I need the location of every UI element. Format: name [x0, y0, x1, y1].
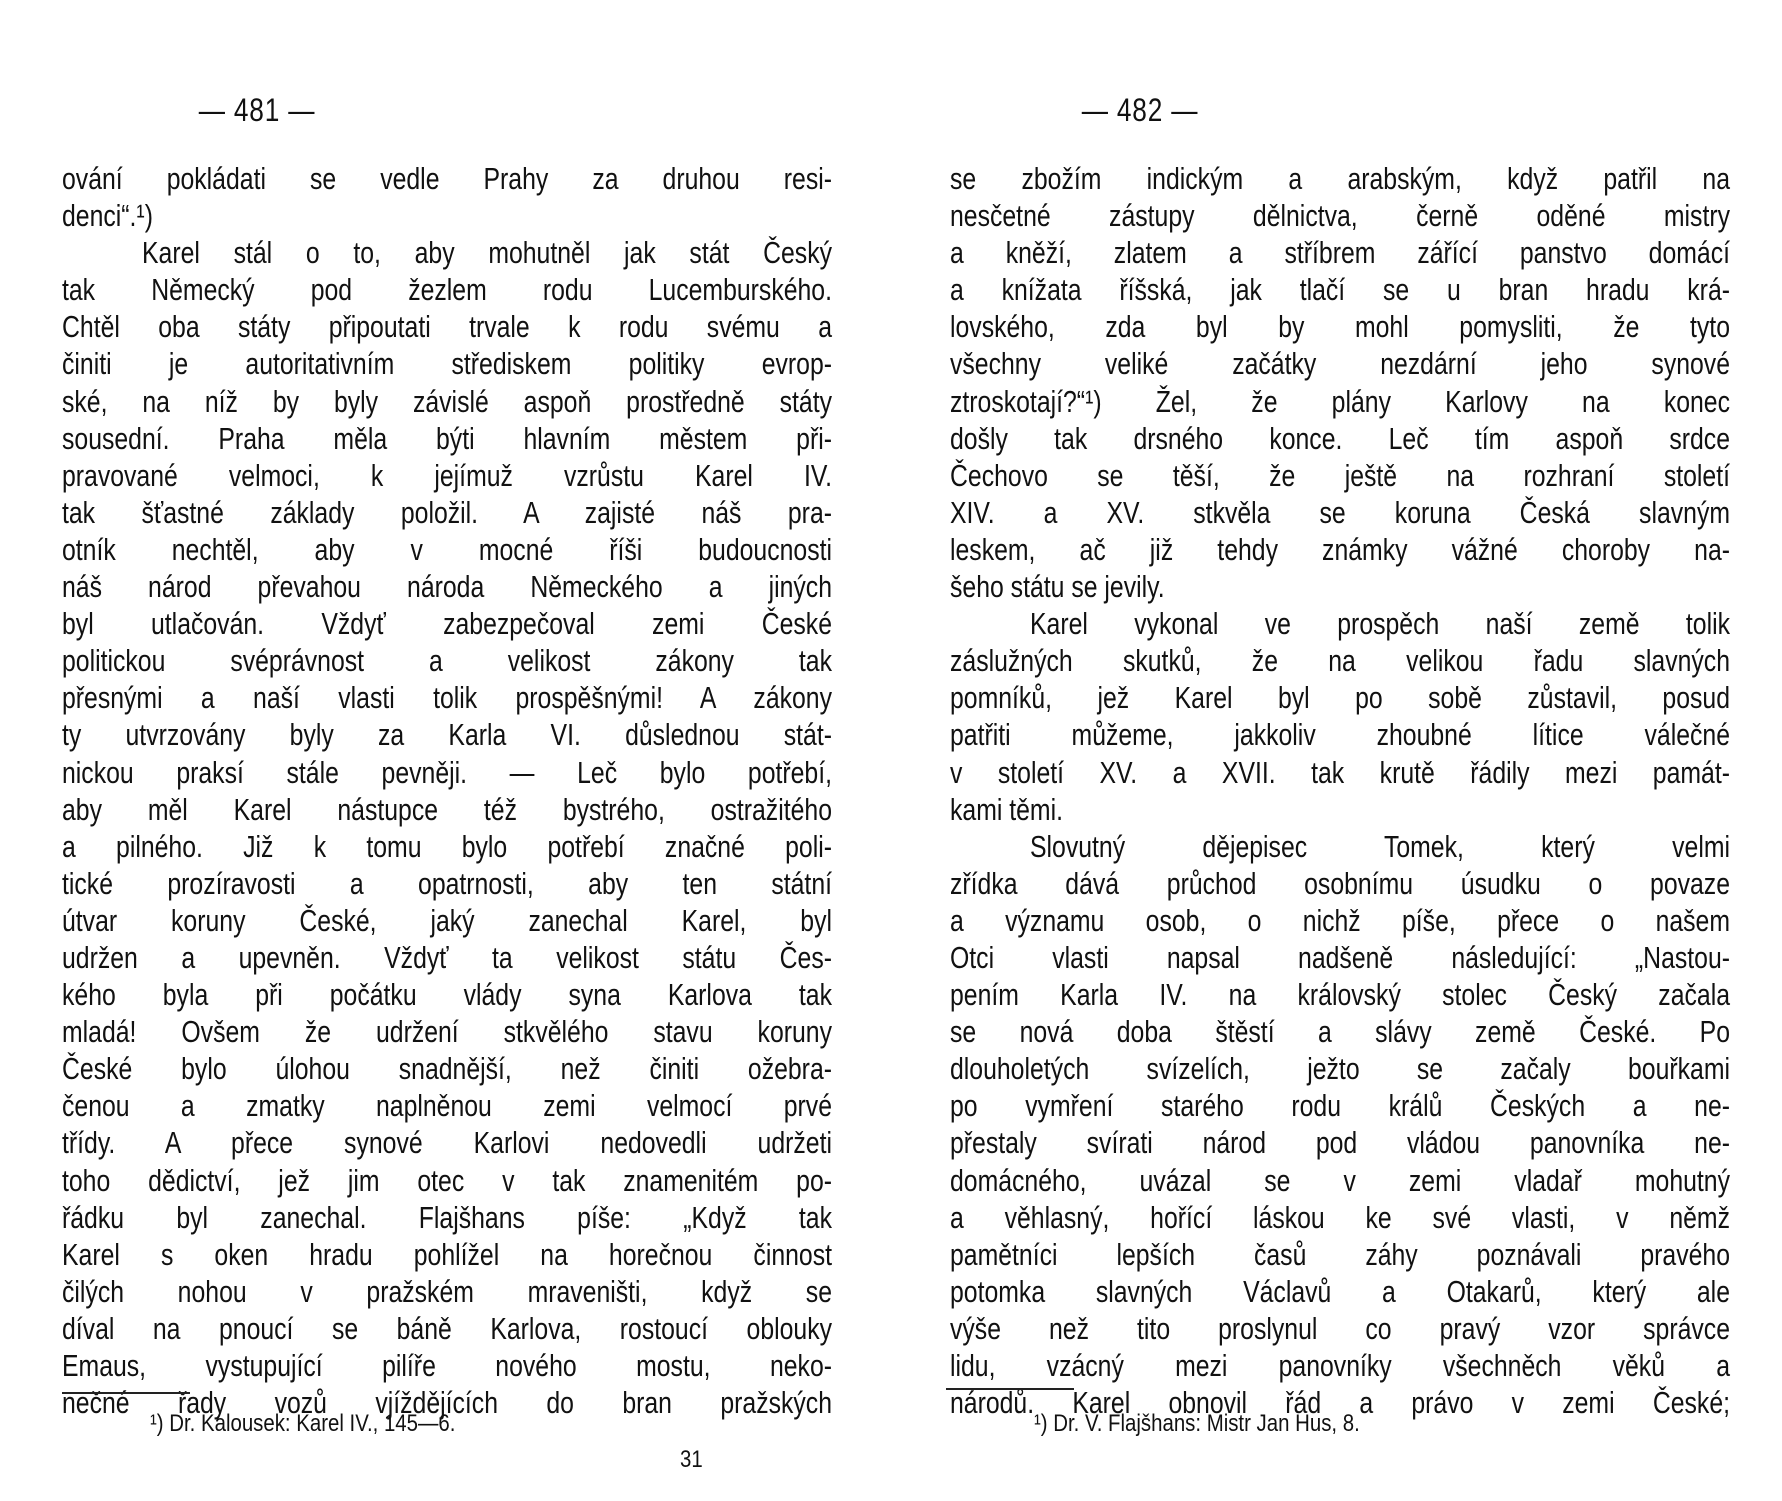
text-line-content: ztroskotají?“¹) Žel, že plány Karlovy na…: [950, 383, 1730, 420]
text-line: denci“.¹): [62, 197, 832, 234]
text-line: a kněží, zlatem a stříbrem zářící panstv…: [950, 234, 1730, 271]
text-line-content: čenou a zmatky naplněnou zemi velmocí pr…: [62, 1087, 832, 1124]
text-line-content: šeho státu se jevily.: [950, 568, 1730, 605]
body-text: se zbožím indickým a arabským, když patř…: [950, 160, 1730, 1421]
text-line-content: udržen a upevněn. Vždyť ta velikost stát…: [62, 939, 832, 976]
text-line: třídy. A přece synové Karlovi nedovedli …: [62, 1124, 832, 1161]
text-line: pamětníci lepších časů záhy poznávali pr…: [950, 1236, 1730, 1273]
text-line: leskem, ač již tehdy známky vážné chorob…: [950, 531, 1730, 568]
footnote-rule: [946, 1388, 1074, 1390]
page-number: — 481 —: [0, 92, 573, 129]
text-line: díval na pnoucí se báně Karlova, rostouc…: [62, 1310, 832, 1347]
text-line: kami těmi.: [950, 791, 1730, 828]
text-line-content: třídy. A přece synové Karlovi nedovedli …: [62, 1124, 832, 1161]
text-line-content: a věhlasný, hořící láskou ke své vlasti,…: [950, 1199, 1730, 1236]
left-page: — 481 — ování pokládati se vedle Prahy z…: [62, 0, 832, 1501]
footnote: ¹) Dr. V. Flajšhans: Mistr Jan Hus, 8.: [1034, 1410, 1360, 1438]
text-line-content: Slovutný dějepisec Tomek, který velmi: [950, 828, 1730, 865]
text-line-content: Emaus, vystupující pilíře nového mostu, …: [62, 1347, 832, 1384]
text-line: domácného, uvázal se v zemi vladař mohut…: [950, 1162, 1730, 1199]
text-line-content: domácného, uvázal se v zemi vladař mohut…: [950, 1162, 1730, 1199]
footnote-rule: [62, 1392, 190, 1394]
text-line: nesčetné zástupy dělnictva, černě oděné …: [950, 197, 1730, 234]
text-line: zřídka dává průchod osobnímu úsudku o po…: [950, 865, 1730, 902]
right-page: — 482 — se zbožím indickým a arabským, k…: [950, 0, 1730, 1501]
text-line-content: ování pokládati se vedle Prahy za druhou…: [62, 160, 832, 197]
text-line: útvar koruny České, jaký zanechal Karel,…: [62, 902, 832, 939]
text-line-content: potomka slavných Václavů a Otakarů, kter…: [950, 1273, 1730, 1310]
text-line: Slovutný dějepisec Tomek, který velmi: [950, 828, 1730, 865]
text-line-content: pomníků, jež Karel byl po sobě zůstavil,…: [950, 679, 1730, 716]
text-line-content: tak Německý pod žezlem rodu Lucemburskéh…: [62, 271, 832, 308]
text-line-content: byl utlačován. Vždyť zabezpečoval zemi Č…: [62, 605, 832, 642]
text-line: náš národ převahou národa Německého a ji…: [62, 568, 832, 605]
text-line: záslužných skutků, že na velikou řadu sl…: [950, 642, 1730, 679]
text-line: otník nechtěl, aby v mocné říši budoucno…: [62, 531, 832, 568]
text-line-content: Otci vlasti napsal nadšeně následující: …: [950, 939, 1730, 976]
text-line-content: se zbožím indickým a arabským, když patř…: [950, 160, 1730, 197]
text-line-content: mladá! Ovšem že udržení stkvělého stavu …: [62, 1013, 832, 1050]
text-line-content: Karel s oken hradu pohlížel na horečnou …: [62, 1236, 832, 1273]
text-line: České bylo úlohou snadnější, než činiti …: [62, 1050, 832, 1087]
text-line-content: aby měl Karel nástupce též bystrého, ost…: [62, 791, 832, 828]
text-line-content: kami těmi.: [950, 791, 1730, 828]
text-line-content: ty utvrzovány byly za Karla VI. důsledno…: [62, 716, 832, 753]
text-line: došly tak drsného konce. Leč tím aspoň s…: [950, 420, 1730, 457]
text-line-content: Karel vykonal ve prospěch naší země toli…: [950, 605, 1730, 642]
text-line: čilých nohou v pražském mraveništi, když…: [62, 1273, 832, 1310]
text-line-content: činiti je autoritativním střediskem poli…: [62, 345, 832, 382]
text-line-content: všechny veliké začátky nezdární jeho syn…: [950, 345, 1730, 382]
text-line-content: kého byla při počátku vlády syna Karlova…: [62, 976, 832, 1013]
text-line-content: XIV. a XV. stkvěla se koruna Česká slavn…: [950, 494, 1730, 531]
text-line-content: lovského, zda byl by mohl pomysliti, že …: [950, 308, 1730, 345]
text-line: pravované velmoci, k jejímuž vzrůstu Kar…: [62, 457, 832, 494]
text-line-content: v století XV. a XVII. tak krutě řádily m…: [950, 754, 1730, 791]
text-line: v století XV. a XVII. tak krutě řádily m…: [950, 754, 1730, 791]
text-line: Karel stál o to, aby mohutněl jak stát Č…: [62, 234, 832, 271]
text-line: šeho státu se jevily.: [950, 568, 1730, 605]
text-line-content: politickou svéprávnost a velikost zákony…: [62, 642, 832, 679]
text-line-content: pením Karla IV. na královský stolec Česk…: [950, 976, 1730, 1013]
text-line-content: se nová doba štěstí a slávy země České. …: [950, 1013, 1730, 1050]
text-line-content: a kněží, zlatem a stříbrem zářící panstv…: [950, 234, 1730, 271]
text-line-content: tické prozíravosti a opatrnosti, aby ten…: [62, 865, 832, 902]
text-line-content: sousední. Praha měla býti hlavním městem…: [62, 420, 832, 457]
text-line: řádku byl zanechal. Flajšhans píše: „Kdy…: [62, 1199, 832, 1236]
text-line-content: náš národ převahou národa Německého a ji…: [62, 568, 832, 605]
text-line-content: leskem, ač již tehdy známky vážné chorob…: [950, 531, 1730, 568]
text-line: Emaus, vystupující pilíře nového mostu, …: [62, 1347, 832, 1384]
text-line: aby měl Karel nástupce též bystrého, ost…: [62, 791, 832, 828]
text-line: udržen a upevněn. Vždyť ta velikost stát…: [62, 939, 832, 976]
text-line-content: výše než tito proslynul co pravý vzor sp…: [950, 1310, 1730, 1347]
text-line: dlouholetých svízelích, ježto se začaly …: [950, 1050, 1730, 1087]
text-line-content: dlouholetých svízelích, ježto se začaly …: [950, 1050, 1730, 1087]
text-line: se nová doba štěstí a slávy země České. …: [950, 1013, 1730, 1050]
text-line: přesnými a naší vlasti tolik prospěšnými…: [62, 679, 832, 716]
text-line: lidu, vzácný mezi panovníky všechněch vě…: [950, 1347, 1730, 1384]
text-line: kého byla při počátku vlády syna Karlova…: [62, 976, 832, 1013]
text-line: Karel vykonal ve prospěch naší země toli…: [950, 605, 1730, 642]
text-line: ty utvrzovány byly za Karla VI. důsledno…: [62, 716, 832, 753]
text-line-content: pamětníci lepších časů záhy poznávali pr…: [950, 1236, 1730, 1273]
page-number: — 482 —: [820, 92, 1460, 129]
text-line: Karel s oken hradu pohlížel na horečnou …: [62, 1236, 832, 1273]
footnote: ¹) Dr. Kalousek: Karel IV., 145—6.: [150, 1410, 455, 1438]
text-line-content: řádku byl zanechal. Flajšhans píše: „Kdy…: [62, 1199, 832, 1236]
text-line: mladá! Ovšem že udržení stkvělého stavu …: [62, 1013, 832, 1050]
text-line: a věhlasný, hořící láskou ke své vlasti,…: [950, 1199, 1730, 1236]
text-line: ování pokládati se vedle Prahy za druhou…: [62, 160, 832, 197]
text-line-content: Čechovo se těší, že ještě na rozhraní st…: [950, 457, 1730, 494]
text-line: Otci vlasti napsal nadšeně následující: …: [950, 939, 1730, 976]
text-line: nickou praksí stále pevněji. — Leč bylo …: [62, 754, 832, 791]
text-line-content: otník nechtěl, aby v mocné říši budoucno…: [62, 531, 832, 568]
text-line: a knížata říšská, jak tlačí se u bran hr…: [950, 271, 1730, 308]
text-line-content: došly tak drsného konce. Leč tím aspoň s…: [950, 420, 1730, 457]
text-line: čenou a zmatky naplněnou zemi velmocí pr…: [62, 1087, 832, 1124]
text-line-content: patřiti můžeme, jakkoliv zhoubné lítice …: [950, 716, 1730, 753]
text-line-content: útvar koruny České, jaký zanechal Karel,…: [62, 902, 832, 939]
signature-mark: 31: [680, 1446, 703, 1474]
text-line: přestaly svírati národ pod vládou panovn…: [950, 1124, 1730, 1161]
text-line: ské, na níž by byly závislé aspoň prostř…: [62, 383, 832, 420]
text-line: tické prozíravosti a opatrnosti, aby ten…: [62, 865, 832, 902]
text-line: patřiti můžeme, jakkoliv zhoubné lítice …: [950, 716, 1730, 753]
text-line-content: lidu, vzácný mezi panovníky všechněch vě…: [950, 1347, 1730, 1384]
text-line-content: zřídka dává průchod osobnímu úsudku o po…: [950, 865, 1730, 902]
text-line: a významu osob, o nichž píše, přece o na…: [950, 902, 1730, 939]
text-line: byl utlačován. Vždyť zabezpečoval zemi Č…: [62, 605, 832, 642]
text-line: XIV. a XV. stkvěla se koruna Česká slavn…: [950, 494, 1730, 531]
text-line: činiti je autoritativním střediskem poli…: [62, 345, 832, 382]
text-line: se zbožím indickým a arabským, když patř…: [950, 160, 1730, 197]
text-line-content: pravované velmoci, k jejímuž vzrůstu Kar…: [62, 457, 832, 494]
text-line-content: denci“.¹): [62, 197, 832, 234]
text-line-content: Chtěl oba státy připoutati trvale k rodu…: [62, 308, 832, 345]
text-line: pením Karla IV. na královský stolec Česk…: [950, 976, 1730, 1013]
text-line: tak šťastné základy položil. A zajisté n…: [62, 494, 832, 531]
text-line-content: Karel stál o to, aby mohutněl jak stát Č…: [62, 234, 832, 271]
text-line-content: toho dědictví, jež jim otec v tak znamen…: [62, 1162, 832, 1199]
text-line: tak Německý pod žezlem rodu Lucemburskéh…: [62, 271, 832, 308]
text-line-content: záslužných skutků, že na velikou řadu sl…: [950, 642, 1730, 679]
text-line-content: přesnými a naší vlasti tolik prospěšnými…: [62, 679, 832, 716]
text-line-content: České bylo úlohou snadnější, než činiti …: [62, 1050, 832, 1087]
text-line-content: nickou praksí stále pevněji. — Leč bylo …: [62, 754, 832, 791]
text-line-content: po vymření starého rodu králů Českých a …: [950, 1087, 1730, 1124]
text-line: politickou svéprávnost a velikost zákony…: [62, 642, 832, 679]
text-line: Čechovo se těší, že ještě na rozhraní st…: [950, 457, 1730, 494]
text-line: výše než tito proslynul co pravý vzor sp…: [950, 1310, 1730, 1347]
text-line-content: nesčetné zástupy dělnictva, černě oděné …: [950, 197, 1730, 234]
text-line-content: a pilného. Již k tomu bylo potřebí značn…: [62, 828, 832, 865]
text-line-content: ské, na níž by byly závislé aspoň prostř…: [62, 383, 832, 420]
text-line: toho dědictví, jež jim otec v tak znamen…: [62, 1162, 832, 1199]
text-line: a pilného. Již k tomu bylo potřebí značn…: [62, 828, 832, 865]
text-line: sousední. Praha měla býti hlavním městem…: [62, 420, 832, 457]
text-line: pomníků, jež Karel byl po sobě zůstavil,…: [950, 679, 1730, 716]
text-line-content: díval na pnoucí se báně Karlova, rostouc…: [62, 1310, 832, 1347]
text-line: Chtěl oba státy připoutati trvale k rodu…: [62, 308, 832, 345]
text-line-content: čilých nohou v pražském mraveništi, když…: [62, 1273, 832, 1310]
body-text: ování pokládati se vedle Prahy za druhou…: [62, 160, 832, 1421]
text-line-content: přestaly svírati národ pod vládou panovn…: [950, 1124, 1730, 1161]
text-line: lovského, zda byl by mohl pomysliti, že …: [950, 308, 1730, 345]
text-line: všechny veliké začátky nezdární jeho syn…: [950, 345, 1730, 382]
text-line-content: a významu osob, o nichž píše, přece o na…: [950, 902, 1730, 939]
text-line: potomka slavných Václavů a Otakarů, kter…: [950, 1273, 1730, 1310]
text-line: po vymření starého rodu králů Českých a …: [950, 1087, 1730, 1124]
text-line-content: tak šťastné základy položil. A zajisté n…: [62, 494, 832, 531]
text-line-content: a knížata říšská, jak tlačí se u bran hr…: [950, 271, 1730, 308]
text-line: ztroskotají?“¹) Žel, že plány Karlovy na…: [950, 383, 1730, 420]
